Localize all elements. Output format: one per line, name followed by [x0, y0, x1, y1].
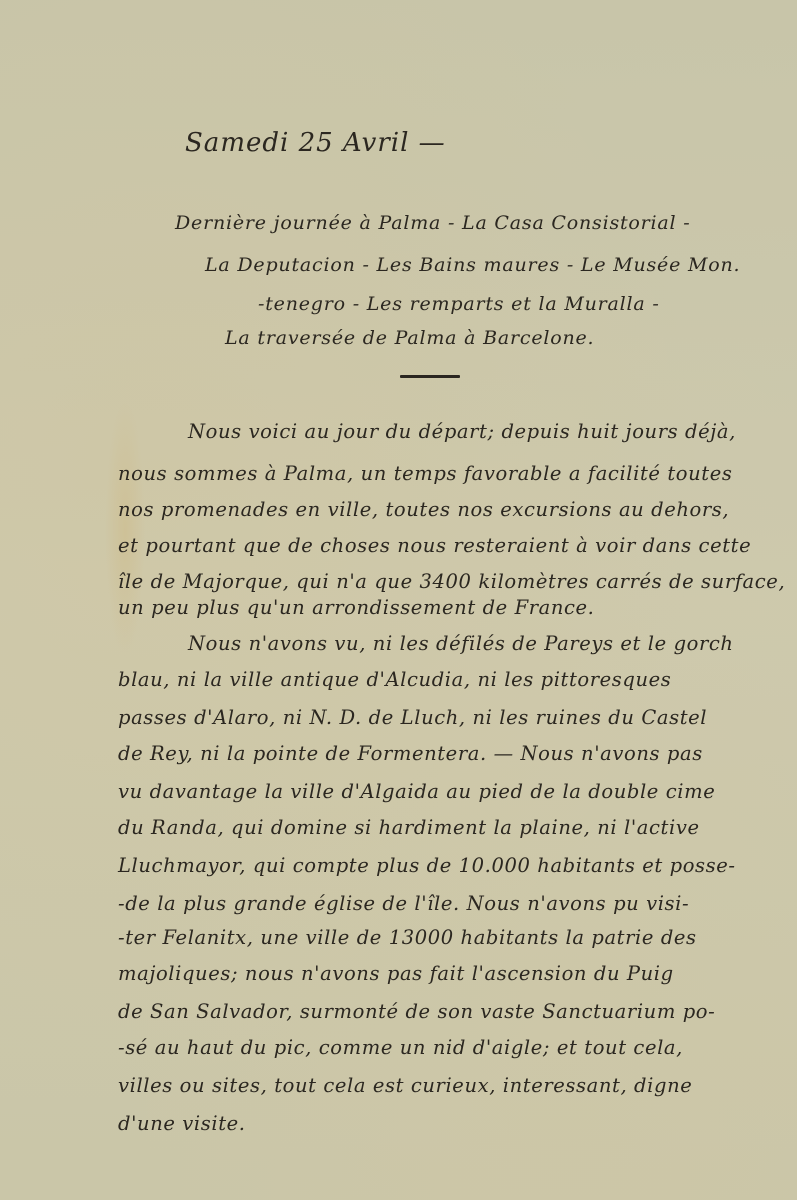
- body-line: de Rey, ni la pointe de Formentera. — No…: [118, 742, 703, 765]
- section-divider: [400, 375, 460, 378]
- body-line: -de la plus grande église de l'île. Nous…: [118, 892, 689, 915]
- summary-line: La traversée de Palma à Barcelone.: [225, 327, 594, 349]
- date-heading: Samedi 25 Avril —: [185, 128, 446, 158]
- summary-line: -tenegro - Les remparts et la Muralla -: [258, 293, 660, 315]
- body-line: nous sommes à Palma, un temps favorable …: [118, 462, 732, 485]
- paper-stain: [105, 400, 145, 660]
- body-line: -ter Felanitx, une ville de 13000 habita…: [118, 926, 697, 949]
- body-line: et pourtant que de choses nous resteraie…: [118, 534, 751, 557]
- body-line: de San Salvador, surmonté de son vaste S…: [118, 1000, 715, 1023]
- body-line: Nous n'avons vu, ni les défilés de Parey…: [188, 632, 734, 655]
- manuscript-page: Samedi 25 Avril — Dernière journée à Pal…: [0, 0, 797, 1200]
- body-line: -sé au haut du pic, comme un nid d'aigle…: [118, 1036, 683, 1059]
- body-line: du Randa, qui domine si hardiment la pla…: [118, 816, 700, 839]
- body-line: un peu plus qu'un arrondissement de Fran…: [118, 596, 594, 619]
- body-line: Lluchmayor, qui compte plus de 10.000 ha…: [118, 854, 736, 877]
- body-line: nos promenades en ville, toutes nos excu…: [118, 498, 729, 521]
- body-line: île de Majorque, qui n'a que 3400 kilomè…: [118, 570, 785, 593]
- summary-line: Dernière journée à Palma - La Casa Consi…: [175, 212, 691, 234]
- body-line: villes ou sites, tout cela est curieux, …: [118, 1074, 692, 1097]
- body-line: Nous voici au jour du départ; depuis hui…: [188, 420, 736, 443]
- body-line: passes d'Alaro, ni N. D. de Lluch, ni le…: [118, 706, 707, 729]
- body-line: blau, ni la ville antique d'Alcudia, ni …: [118, 668, 671, 691]
- body-line: vu davantage la ville d'Algaida au pied …: [118, 780, 715, 803]
- body-line: d'une visite.: [118, 1112, 246, 1135]
- summary-line: La Deputacion - Les Bains maures - Le Mu…: [205, 254, 740, 276]
- body-line: majoliques; nous n'avons pas fait l'asce…: [118, 962, 674, 985]
